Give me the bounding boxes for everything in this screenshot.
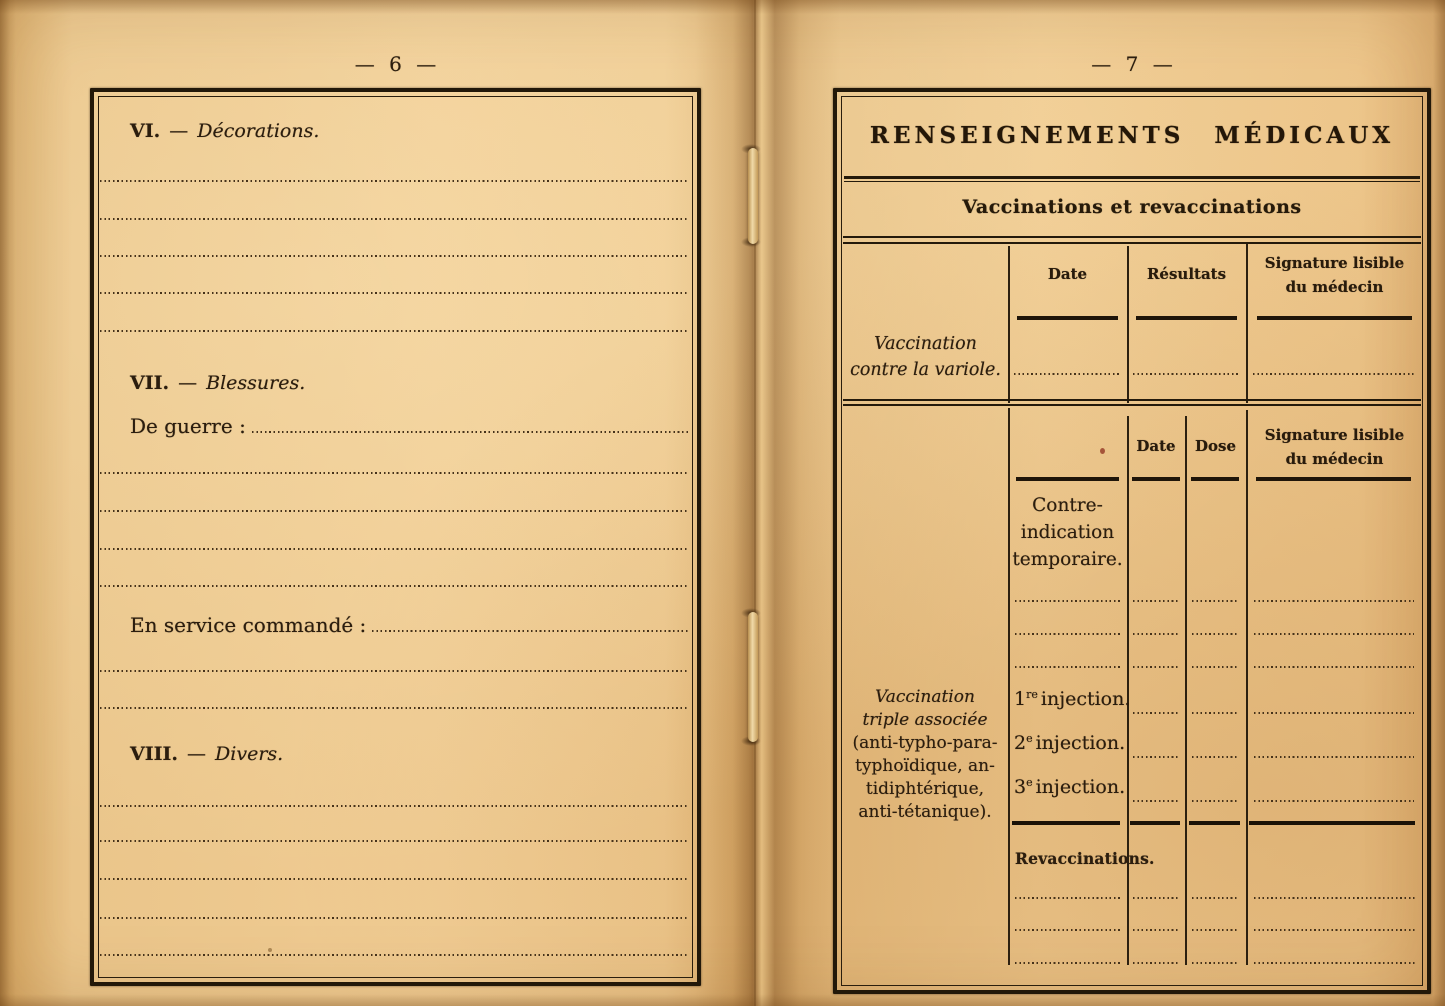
section-title: Divers. <box>215 743 283 765</box>
header-underline <box>1136 316 1237 320</box>
section-numeral: VI. <box>130 120 160 142</box>
rule <box>844 176 1420 179</box>
field-de-guerre: De guerre : <box>130 414 688 438</box>
injection-1-label: 1reinjection. <box>1014 688 1130 710</box>
signature-header-line1: Signature lisible <box>1246 251 1423 275</box>
dotted-cell-line <box>1014 373 1121 375</box>
dotted-cell-line <box>1192 666 1239 668</box>
header-underline <box>1256 477 1411 481</box>
column-header-signature: Signature lisible du médecin <box>1246 423 1423 471</box>
injection-number: 1 <box>1014 688 1026 710</box>
contraindication-line1: Contre- <box>1008 492 1127 519</box>
field-label: De guerre : <box>130 414 246 438</box>
section-dash: — <box>169 120 188 142</box>
row-label-line6: anti-tétanique). <box>842 801 1008 824</box>
dotted-cell-line <box>1133 962 1179 964</box>
double-rule <box>843 399 1421 401</box>
dotted-line <box>100 805 688 807</box>
section-heading-blessures: VII.—Blessures. <box>130 372 305 394</box>
row-label-line3: (anti-typho-para- <box>842 732 1008 755</box>
signature-header-line1: Signature lisible <box>1246 423 1423 447</box>
section-numeral: VIII. <box>130 743 178 765</box>
header-underline <box>1017 316 1118 320</box>
dotted-cell-line <box>1015 897 1121 899</box>
header-underline <box>1016 477 1119 481</box>
dotted-line <box>100 180 688 182</box>
row-label-triple-vaccination: Vaccination triple associée (anti-typho-… <box>842 686 1008 824</box>
injection-ordinal: re <box>1026 688 1038 701</box>
contraindication-label: Contre- indication temporaire. <box>1008 492 1127 573</box>
header-underline <box>1132 477 1180 481</box>
dotted-cell-line <box>1192 633 1239 635</box>
section-dash: — <box>187 743 206 765</box>
row-label-line2: triple associée <box>842 709 1008 732</box>
dotted-cell-line <box>1192 929 1239 931</box>
header-underline <box>1257 316 1412 320</box>
row-label-line1: Vaccination <box>842 686 1008 709</box>
dotted-cell-line <box>1133 897 1179 899</box>
section-dash: — <box>178 372 197 394</box>
contraindication-line2: indication <box>1008 519 1127 546</box>
injection-number: 3 <box>1014 776 1026 798</box>
dotted-cell-line <box>1254 666 1414 668</box>
page6-frame: VI.—Décorations. VII.—Blessures. De guer… <box>90 88 701 986</box>
dotted-cell-line <box>1015 600 1120 602</box>
binding-gutter <box>695 0 840 1006</box>
medical-title: RENSEIGNEMENTS MÉDICAUX <box>833 122 1431 149</box>
dotted-line <box>100 510 688 512</box>
header-underline <box>1191 477 1239 481</box>
dotted-cell-line <box>1133 373 1240 375</box>
dotted-cell-line <box>1133 756 1179 758</box>
dotted-cell-line <box>1254 600 1414 602</box>
dotted-line <box>100 840 688 842</box>
dotted-cell-line <box>1192 600 1239 602</box>
dotted-line <box>100 255 688 257</box>
injection-3-label: 3einjection. <box>1014 776 1125 798</box>
binding-stitch-thread <box>748 612 758 742</box>
binding-stitch-thread <box>748 148 758 244</box>
page7-frame: RENSEIGNEMENTS MÉDICAUX Vaccinations et … <box>833 88 1431 994</box>
page-number-left: — 6 — <box>90 52 701 76</box>
dotted-cell-line <box>1133 633 1179 635</box>
section-heading-divers: VIII.—Divers. <box>130 743 283 765</box>
double-rule <box>843 404 1421 406</box>
row-label-line2: contre la variole. <box>843 357 1008 383</box>
dotted-cell-line <box>1133 929 1179 931</box>
column-header-signature: Signature lisible du médecin <box>1246 251 1423 299</box>
dotted-cell-line <box>1253 373 1415 375</box>
dotted-cell-line <box>1133 800 1179 802</box>
dotted-cell-line <box>1192 756 1239 758</box>
column-header-date: Date <box>1127 434 1185 458</box>
dotted-line <box>100 330 688 332</box>
section-title: Blessures. <box>206 372 305 394</box>
column-header-results: Résultats <box>1127 262 1246 286</box>
dotted-cell-line <box>1254 800 1414 802</box>
dotted-line <box>100 878 688 880</box>
dotted-cell-line <box>1192 897 1239 899</box>
field-en-service: En service commandé : <box>130 613 688 637</box>
rule <box>844 181 1420 182</box>
dotted-cell-line <box>1015 929 1121 931</box>
dotted-cell-line <box>1133 712 1179 714</box>
double-rule <box>843 242 1421 244</box>
injection-ordinal: e <box>1026 776 1033 789</box>
dotted-cell-line <box>1254 712 1414 714</box>
row-label-line1: Vaccination <box>843 331 1008 357</box>
dotted-cell-line <box>1254 756 1414 758</box>
section-title: Décorations. <box>197 120 319 142</box>
dotted-leader <box>372 630 688 632</box>
dotted-leader <box>252 431 688 433</box>
dotted-line <box>100 585 688 587</box>
dotted-cell-line <box>1133 666 1179 668</box>
table-column-line <box>1246 410 1248 965</box>
injection-2-label: 2einjection. <box>1014 732 1125 754</box>
dotted-cell-line <box>1192 800 1239 802</box>
section-heading-decorations: VI.—Décorations. <box>130 120 319 142</box>
dotted-cell-line <box>1254 929 1416 931</box>
section-numeral: VII. <box>130 372 169 394</box>
injection-number: 2 <box>1014 732 1026 754</box>
dotted-cell-line <box>1254 633 1414 635</box>
dotted-line <box>100 218 688 220</box>
dotted-line <box>100 954 688 956</box>
injection-text: injection. <box>1041 688 1131 710</box>
column-header-dose: Dose <box>1185 434 1246 458</box>
table-column-line <box>1185 416 1187 965</box>
dotted-cell-line <box>1192 962 1239 964</box>
row-label-line4: typhoïdique, an- <box>842 755 1008 778</box>
dotted-cell-line <box>1192 712 1239 714</box>
dotted-line <box>100 670 688 672</box>
booklet-spread: — 6 — — 7 — VI.—Décorations. VII.—Blessu… <box>0 0 1445 1006</box>
revaccinations-label: Revaccinations. <box>1015 849 1155 868</box>
dotted-line <box>100 548 688 550</box>
vaccinations-subtitle: Vaccinations et revaccinations <box>833 196 1431 218</box>
paper-edge <box>0 0 16 1006</box>
section-divider <box>1189 821 1240 825</box>
double-rule <box>843 236 1421 238</box>
dotted-cell-line <box>1015 962 1121 964</box>
row-label-line5: tidiphtérique, <box>842 778 1008 801</box>
dotted-cell-line <box>1254 897 1416 899</box>
dotted-line <box>100 917 688 919</box>
injection-text: injection. <box>1036 732 1126 754</box>
injection-text: injection. <box>1036 776 1126 798</box>
dotted-line <box>100 292 688 294</box>
signature-header-line2: du médecin <box>1246 275 1423 299</box>
section-divider <box>1249 821 1415 825</box>
dotted-cell-line <box>1254 962 1416 964</box>
dotted-cell-line <box>1015 633 1120 635</box>
dotted-line <box>100 472 688 474</box>
dotted-cell-line <box>1015 666 1120 668</box>
row-label-variole: Vaccination contre la variole. <box>843 331 1008 383</box>
section-divider <box>1012 821 1120 825</box>
field-label: En service commandé : <box>130 613 366 637</box>
section-divider <box>1130 821 1180 825</box>
dotted-cell-line <box>1133 600 1179 602</box>
injection-ordinal: e <box>1026 732 1033 745</box>
signature-header-line2: du médecin <box>1246 447 1423 471</box>
paper-edge <box>1433 0 1445 1006</box>
contraindication-line3: temporaire. <box>1008 546 1127 573</box>
frame-inner-border <box>98 96 693 978</box>
column-header-date: Date <box>1008 262 1127 286</box>
page-number-right: — 7 — <box>833 52 1431 76</box>
dotted-line <box>100 707 688 709</box>
